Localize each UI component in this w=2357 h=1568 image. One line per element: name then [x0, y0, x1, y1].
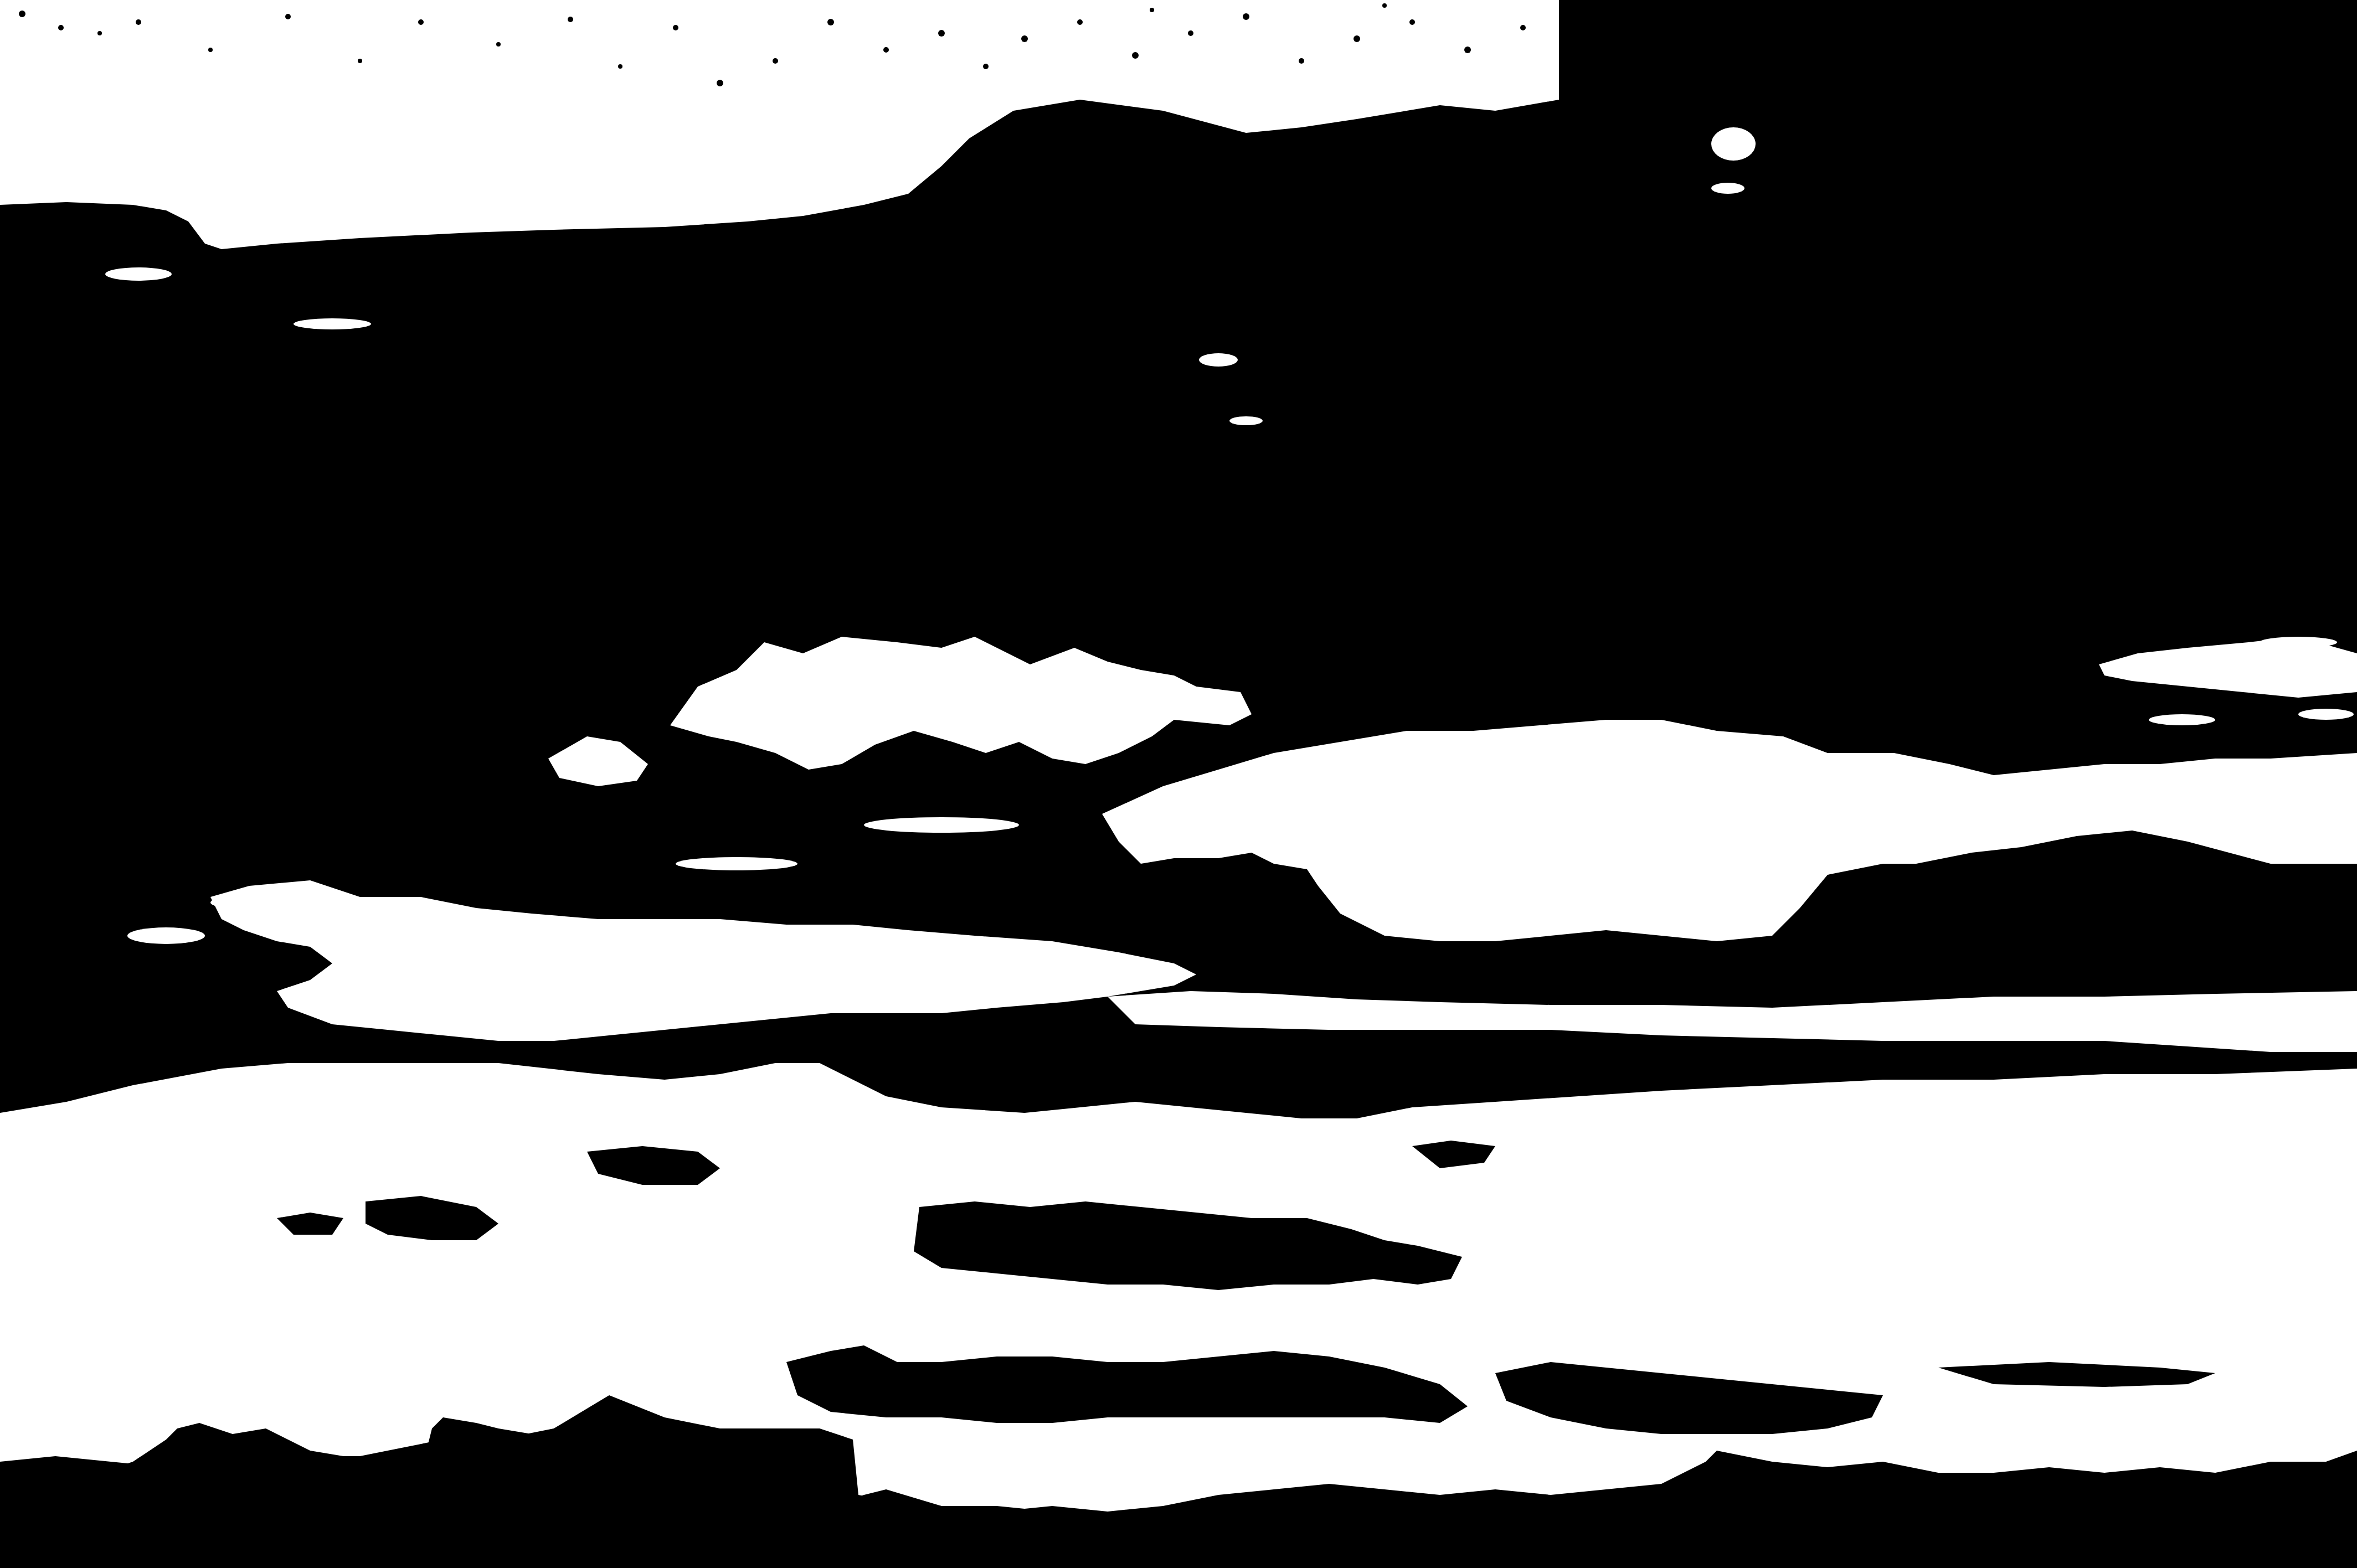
thresholded-landscape-photo: [0, 0, 2357, 1568]
bright-sky-lower: [0, 1063, 2357, 1523]
